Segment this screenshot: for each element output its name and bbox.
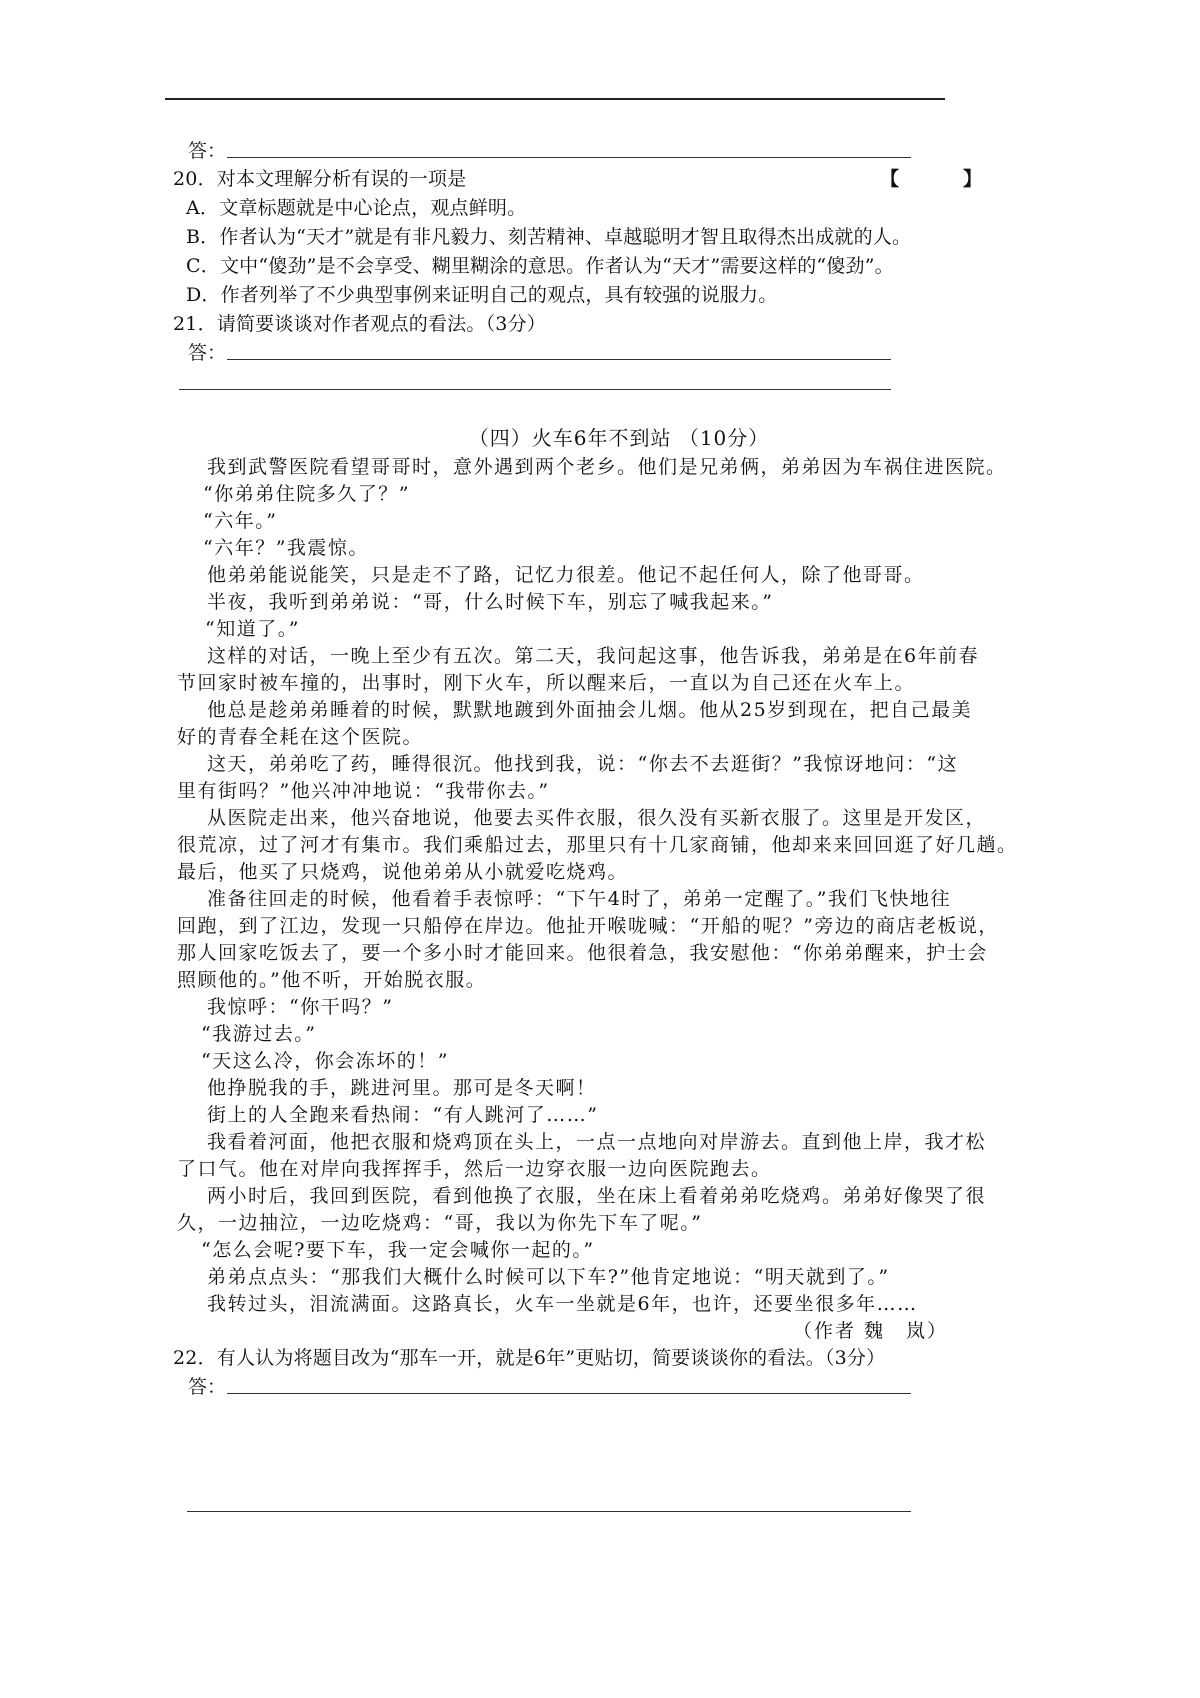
answer-line[interactable] [179,389,891,390]
passage-line: 这样的对话，一晚上至少有五次。第二天，我问起这事，他告诉我，弟弟是在6年前春 [207,643,979,669]
passage-line: “天这么冷，你会冻坏的！” [201,1048,449,1074]
passage-line: 我看着河面，他把衣服和烧鸡顶在头上，一点一点地向对岸游去。直到他上岸，我才松 [207,1129,986,1155]
passage-line: 我到武警医院看望哥哥时，意外遇到两个老乡。他们是兄弟俩，弟弟因为车祸住进医院。 [207,454,1007,480]
answer-line[interactable] [227,1393,911,1394]
passage-line: 弟弟点点头：“那我们大概什么时候可以下车?”他肯定地说：“明天就到了。” [207,1264,890,1290]
passage-line: 我惊呼：“你干吗？” [207,994,393,1020]
question-stem: 对本文理解分析有误的一项是 [217,168,467,190]
passage-line: 了口气。他在对岸向我挥挥手，然后一边穿衣服一边向医院跑去。 [177,1156,772,1182]
passage-line: 最后，他买了只烧鸡，说他弟弟从小就爱吃烧鸡。 [177,859,628,885]
passage-line: 街上的人全跑来看热闹：“有人跳河了……” [207,1102,598,1128]
option-b: B．作者认为“天才”就是有非凡毅力、刻苦精神、卓越聪明才智且取得杰出成就的人。 [186,224,911,250]
passage-line: 从医院走出来，他兴奋地说，他要去买件衣服，很久没有买新衣服了。这里是开发区， [207,805,986,831]
answer-line[interactable] [227,359,891,360]
answer-line[interactable] [187,1511,911,1512]
passage-line: 节回家时被车撞的，出事时，刚下火车，所以醒来后，一直以为自己还在火车上。 [177,670,915,696]
exam-page: 答： 20．对本文理解分析有误的一项是 【 】 A．文章标题就是中心论点，观点鲜… [0,0,1200,1698]
option-c: C．文中“傻劲”是不会享受、糊里糊涂的意思。作者认为“天才”需要这样的“傻劲”。 [186,253,894,279]
answer-line [165,98,945,100]
passage-line: 回跑，到了江边，发现一只船停在岸边。他扯开喉咙喊：“开船的呢？”旁边的商店老板说… [177,913,999,939]
passage-author: （作者 魏 岚） [793,1318,948,1344]
passage-line: 那人回家吃饭去了，要一个多小时才能回来。他很着急，我安慰他：“你弟弟醒来，护士会 [177,940,988,966]
passage-line: 准备往回走的时候，他看着手表惊呼：“下午4时了，弟弟一定醒了。”我们飞快地往 [207,886,951,912]
option-a: A．文章标题就是中心论点，观点鲜明。 [186,195,526,221]
passage-line: 两小时后，我回到医院，看到他换了衣服，坐在床上看着弟弟吃烧鸡。弟弟好像哭了很 [207,1183,986,1209]
passage-line: “知道了。” [205,616,300,642]
passage-line: “六年。” [203,508,277,534]
question-number: 20． [173,168,217,190]
answer-label: 答： [188,340,226,366]
answer-bracket-close: 】 [963,166,982,192]
passage-line: “怎么会呢?要下车，我一定会喊你一起的。” [201,1237,595,1263]
passage-line: 很荒凉，过了河才有集市。我们乘船过去，那里只有十几家商铺，他却来来回回逛了好几趟… [177,832,1018,858]
passage-line: 我转过头，泪流满面。这路真长，火车一坐就是6年，也许，还要坐很多年…… [207,1291,918,1317]
question-22: 22．有人认为将题目改为“那车一开，就是6年”更贴切，简要谈谈你的看法。（3分） [173,1345,885,1371]
passage-title: （四）火车6年不到站 （10分） [0,424,1200,452]
answer-label: 答： [188,1374,226,1400]
answer-label: 答： [188,138,226,164]
passage-line: 好的青春全耗在这个医院。 [177,724,423,750]
passage-line: 他总是趁弟弟睡着的时候，默默地踱到外面抽会儿烟。他从25岁到现在，把自己最美 [207,697,972,723]
passage-line: “六年？”我震惊。 [203,535,369,561]
passage-line: “我游过去。” [201,1021,316,1047]
passage-line: “你弟弟住院多久了？” [203,481,410,507]
answer-bracket-open: 【 [880,166,899,192]
passage-line: 他挣脱我的手，跳进河里。那可是冬天啊！ [207,1075,597,1101]
question-21: 21．请简要谈谈对作者观点的看法。（3分） [173,311,546,337]
passage-line: 他弟弟能说能笑，只是走不了路，记忆力很差。他记不起任何人，除了他哥哥。 [207,562,925,588]
answer-line[interactable] [227,157,911,158]
passage-line: 照顾他的。”他不听，开始脱衣服。 [177,967,486,993]
passage-line: 久，一边抽泣，一边吃烧鸡：“哥，我以为你先下车了呢。” [177,1210,702,1236]
question-20: 20．对本文理解分析有误的一项是 [173,166,466,192]
passage-line: 里有街吗？”他兴冲冲地说：“我带你去。” [177,778,550,804]
passage-line: 这天，弟弟吃了药，睡得很沉。他找到我，说：“你去不去逛街？”我惊讶地问：“这 [207,751,958,777]
passage-line: 半夜，我听到弟弟说：“哥，什么时候下车，别忘了喊我起来。” [207,589,773,615]
option-d: D．作者列举了不少典型事例来证明自己的观点，具有较强的说服力。 [186,282,777,308]
